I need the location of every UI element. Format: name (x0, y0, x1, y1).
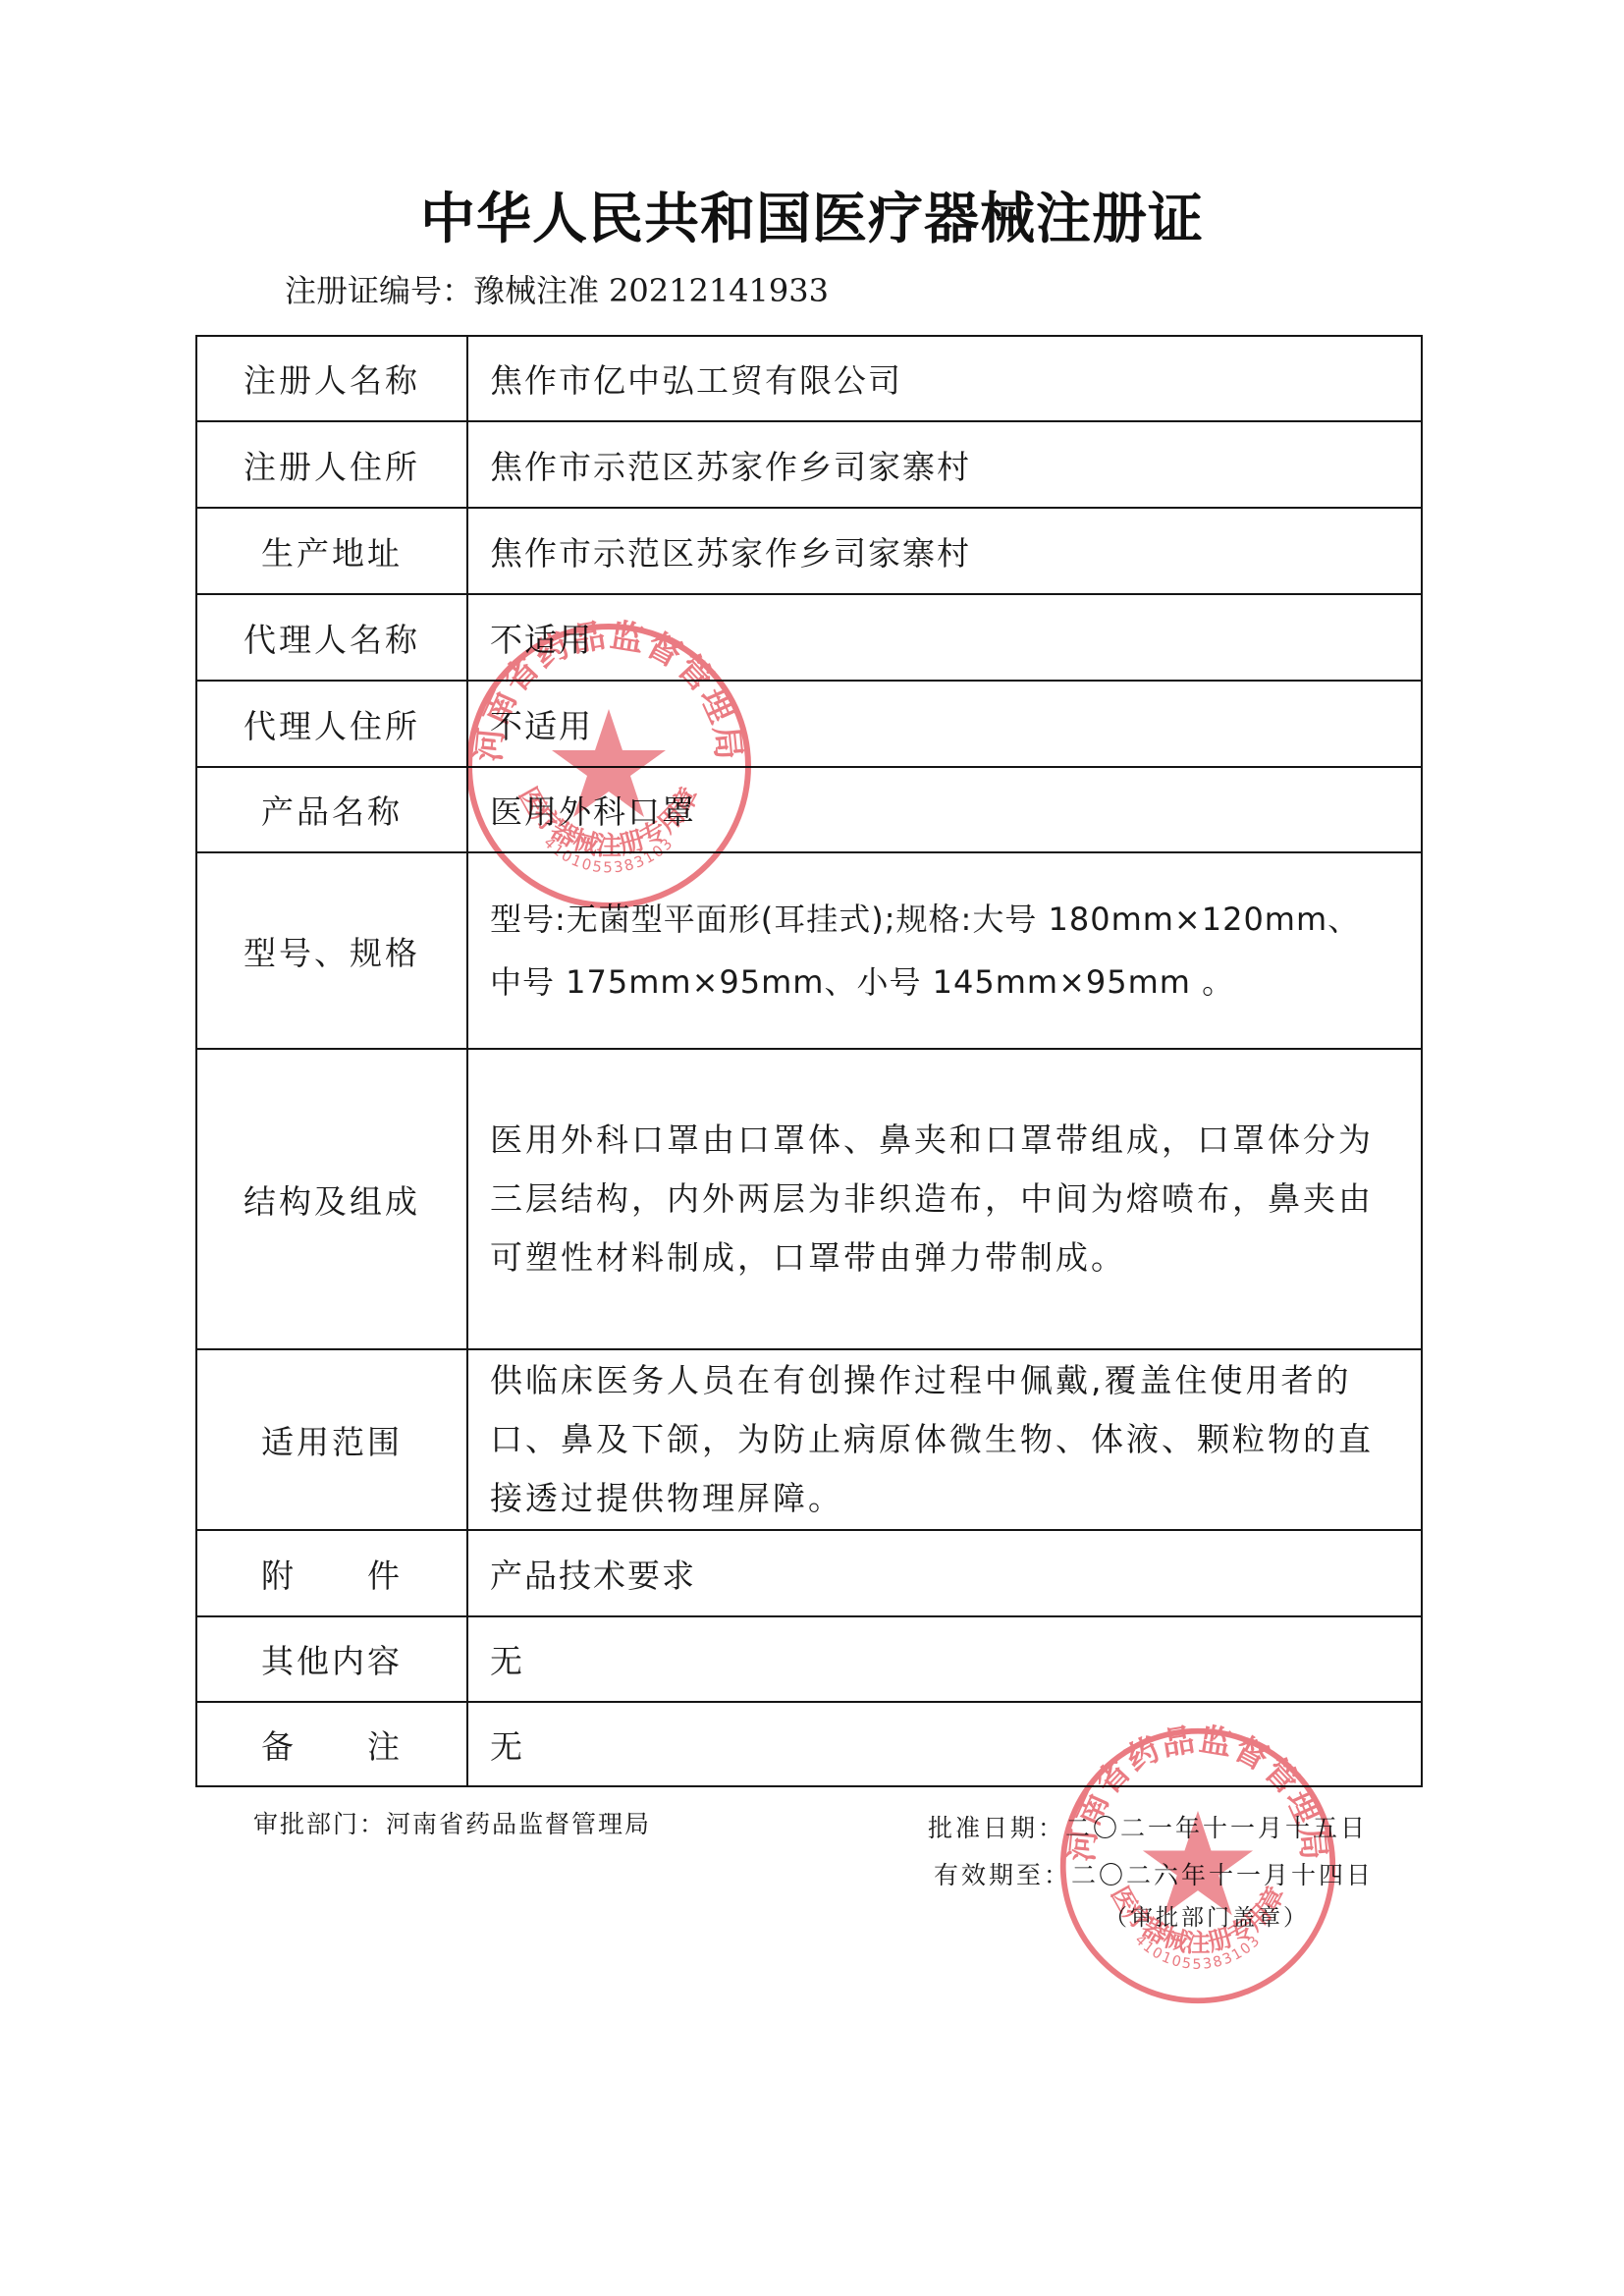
seal-note: （审批部门盖章） (928, 1899, 1374, 1937)
row-label: 代理人名称 (196, 594, 467, 681)
approval-date-label: 批准日期： (928, 1814, 1065, 1842)
row-label: 注册人名称 (196, 336, 467, 421)
row-label: 产品名称 (196, 767, 467, 852)
approval-date-value: 二〇二一年十一月十五日 (1065, 1814, 1368, 1842)
table-row-agent-name: 代理人名称 不适用 (196, 594, 1422, 681)
row-label: 代理人住所 (196, 681, 467, 767)
row-value: 无 (467, 1702, 1422, 1786)
row-value: 医用外科口罩 (467, 767, 1422, 852)
registration-number-label: 注册证编号： (285, 272, 473, 309)
scope-line: 口、鼻及下颌，为防止病原体微生物、体液、颗粒物的直 (490, 1410, 1411, 1469)
registration-number-line: 注册证编号：豫械注准20212141933 (285, 269, 829, 312)
table-row-registrant-name: 注册人名称 焦作市亿中弘工贸有限公司 (196, 336, 1422, 421)
row-value: 不适用 (467, 681, 1422, 767)
row-value: 型号:无菌型平面形(耳挂式);规格:大号 180mm×120mm、 中号 175… (467, 852, 1422, 1049)
structure-line: 可塑性材料制成，口罩带由弹力带制成。 (490, 1229, 1411, 1287)
row-label: 其他内容 (196, 1616, 467, 1702)
row-label: 附 件 (196, 1530, 467, 1616)
table-row-remarks: 备 注 无 (196, 1702, 1422, 1786)
row-value: 医用外科口罩由口罩体、鼻夹和口罩带组成，口罩体分为 三层结构，内外两层为非织造布… (467, 1049, 1422, 1349)
svg-text:4101055383103: 4101055383103 (1131, 1933, 1264, 1973)
table-row-attachments: 附 件 产品技术要求 (196, 1530, 1422, 1616)
structure-line: 三层结构，内外两层为非织造布，中间为熔喷布，鼻夹由 (490, 1170, 1411, 1229)
row-label: 结构及组成 (196, 1049, 467, 1349)
approval-dates: 批准日期：二〇二一年十一月十五日 有效期至：二〇二六年十一月十四日 （审批部门盖… (928, 1805, 1374, 1937)
scope-line: 供临床医务人员在有创操作过程中佩戴,覆盖住使用者的 (490, 1351, 1411, 1410)
scope-line: 接透过提供物理屏障。 (490, 1469, 1411, 1528)
row-value: 焦作市示范区苏家作乡司家寨村 (467, 421, 1422, 508)
table-row-scope: 适用范围 供临床医务人员在有创操作过程中佩戴,覆盖住使用者的 口、鼻及下颌，为防… (196, 1349, 1422, 1530)
registration-number: 20212141933 (609, 272, 829, 309)
table-row-model-spec: 型号、规格 型号:无菌型平面形(耳挂式);规格:大号 180mm×120mm、 … (196, 852, 1422, 1049)
structure-line: 医用外科口罩由口罩体、鼻夹和口罩带组成，口罩体分为 (490, 1111, 1411, 1170)
certificate-title: 中华人民共和国医疗器械注册证 (0, 185, 1624, 253)
row-label: 适用范围 (196, 1349, 467, 1530)
approval-department: 审批部门：河南省药品监督管理局 (253, 1805, 651, 1840)
row-label: 生产地址 (196, 508, 467, 594)
spec-line: 中号 175mm×95mm、小号 145mm×95mm 。 (490, 951, 1411, 1013)
row-value: 不适用 (467, 594, 1422, 681)
certificate-table: 注册人名称 焦作市亿中弘工贸有限公司 注册人住所 焦作市示范区苏家作乡司家寨村 … (195, 335, 1423, 1787)
table-row-production-address: 生产地址 焦作市示范区苏家作乡司家寨村 (196, 508, 1422, 594)
row-value: 焦作市亿中弘工贸有限公司 (467, 336, 1422, 421)
table-row-structure: 结构及组成 医用外科口罩由口罩体、鼻夹和口罩带组成，口罩体分为 三层结构，内外两… (196, 1049, 1422, 1349)
row-label: 备 注 (196, 1702, 467, 1786)
row-value: 焦作市示范区苏家作乡司家寨村 (467, 508, 1422, 594)
spec-line: 型号:无菌型平面形(耳挂式);规格:大号 180mm×120mm、 (490, 888, 1411, 951)
approval-department-value: 河南省药品监督管理局 (386, 1810, 651, 1838)
valid-until-value: 二〇二六年十一月十四日 (1071, 1861, 1374, 1889)
table-row-registrant-address: 注册人住所 焦作市示范区苏家作乡司家寨村 (196, 421, 1422, 508)
table-row-other: 其他内容 无 (196, 1616, 1422, 1702)
valid-until-label: 有效期至： (934, 1861, 1071, 1889)
table-row-product-name: 产品名称 医用外科口罩 (196, 767, 1422, 852)
row-label: 注册人住所 (196, 421, 467, 508)
table-row-agent-address: 代理人住所 不适用 (196, 681, 1422, 767)
valid-until: 有效期至：二〇二六年十一月十四日 (928, 1852, 1374, 1899)
approval-date: 批准日期：二〇二一年十一月十五日 (928, 1805, 1374, 1852)
row-value: 产品技术要求 (467, 1530, 1422, 1616)
row-value: 供临床医务人员在有创操作过程中佩戴,覆盖住使用者的 口、鼻及下颌，为防止病原体微… (467, 1349, 1422, 1530)
registration-number-prefix: 豫械注准 (473, 272, 599, 309)
approval-department-label: 审批部门： (253, 1810, 386, 1838)
row-label: 型号、规格 (196, 852, 467, 1049)
row-value: 无 (467, 1616, 1422, 1702)
